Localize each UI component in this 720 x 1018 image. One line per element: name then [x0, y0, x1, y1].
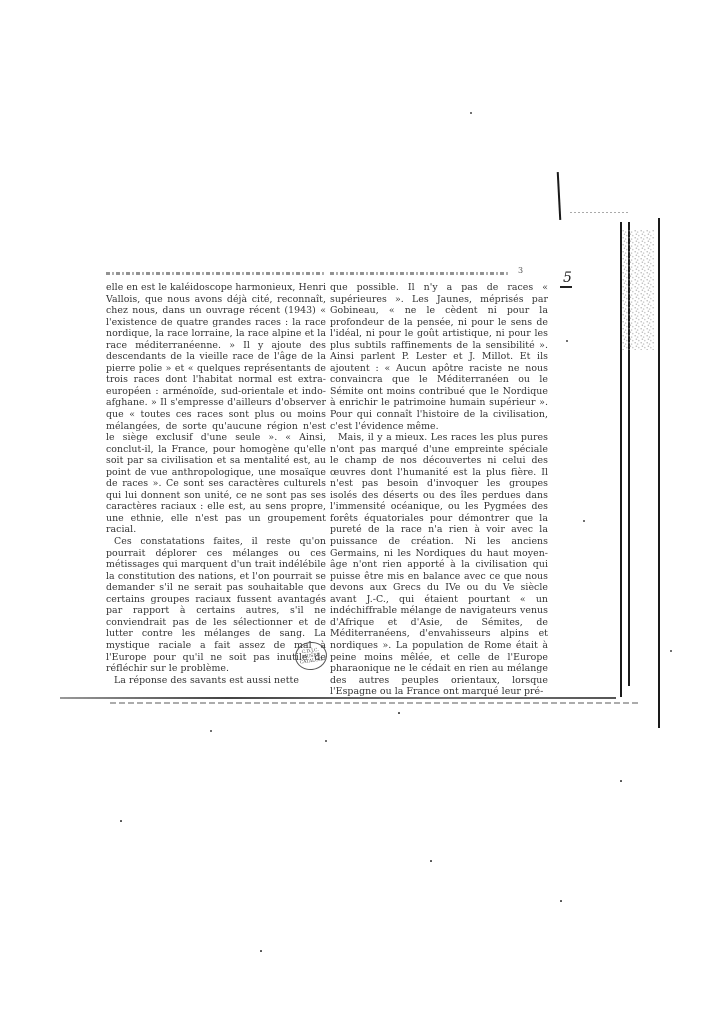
- scan-speck: [120, 820, 122, 822]
- paragraph: Mais, il y a mieux. Les races les plus p…: [330, 432, 548, 698]
- paper-edge-line: [658, 218, 660, 728]
- scan-speck: [325, 740, 327, 742]
- scan-speck: [470, 112, 472, 114]
- scan-speck: [210, 730, 212, 732]
- paper-top-edge: [570, 212, 628, 213]
- scan-speck: [670, 650, 672, 652]
- page-number: 3: [518, 266, 523, 275]
- right-column: que possible. Il n'y a pas de races « su…: [330, 282, 548, 698]
- paper-edge-texture: [622, 230, 654, 350]
- left-column: elle en est le kaléidoscope harmonieux, …: [106, 282, 326, 686]
- article-page: 3 elle en est le kaléidoscope harmonieux…: [100, 260, 610, 700]
- paper-edge-line: [557, 172, 562, 220]
- scan-speck: [430, 860, 432, 862]
- scan-speck: [560, 900, 562, 902]
- scan-speck: [620, 780, 622, 782]
- paragraph: elle en est le kaléidoscope harmonieux, …: [106, 282, 326, 536]
- paragraph: La réponse des savants est aussi nette: [106, 675, 326, 687]
- paragraph: Ces constatations faites, il reste qu'on…: [106, 536, 326, 675]
- decorative-rule-left: [106, 272, 324, 275]
- paragraph: que possible. Il n'y a pas de races « su…: [330, 282, 548, 432]
- page-bottom-edge: [60, 697, 616, 699]
- scan-speck: [260, 950, 262, 952]
- page-bottom-edge-shadow: [110, 702, 640, 704]
- scan-speck: [398, 712, 400, 714]
- decorative-rule-right: [330, 272, 510, 275]
